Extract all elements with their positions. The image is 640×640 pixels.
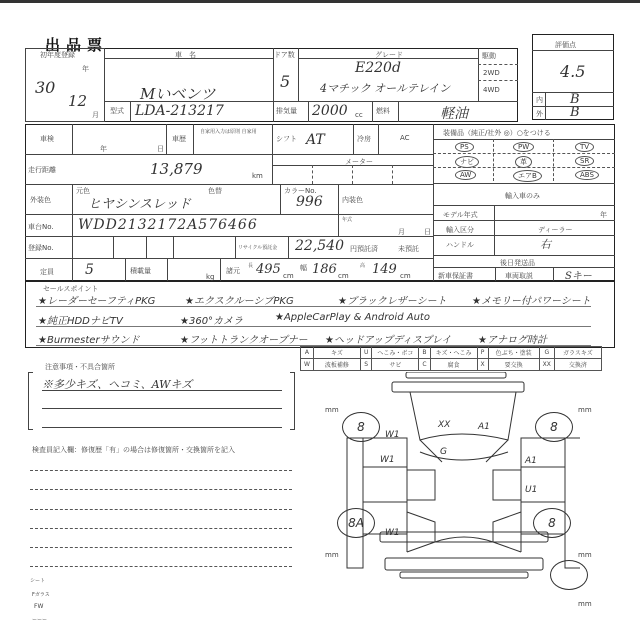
doors-label: ドア数 — [274, 50, 295, 60]
ac-value: AC — [400, 134, 410, 142]
fuel-label: 燃料 — [376, 106, 390, 116]
sales-point: ★レーダーセーフティPKG — [38, 292, 155, 307]
inspector-label: 検査員記入欄：修復歴「有」の場合は修復箇所・交換箇所を記入 — [32, 445, 235, 455]
mark-rear-door-right: U1 — [525, 485, 537, 495]
width-value: 186 — [312, 262, 337, 277]
registration-year: 30 — [35, 78, 55, 97]
mileage-label: 走行距離 — [28, 165, 56, 175]
sales-point: ★エクスクルーシブPKG — [185, 292, 294, 307]
equipment-tv[interactable]: TV — [575, 142, 594, 152]
model-year-import-label: モデル年式 — [443, 210, 478, 220]
tire-spare — [550, 560, 588, 590]
displacement-label: 排気量 — [276, 106, 297, 116]
drive-label: 駆動 — [482, 51, 496, 61]
changed-color-label: 色替 — [208, 186, 222, 196]
model-year-import-unit: 年 — [600, 210, 607, 220]
registration-month: 12 — [68, 92, 87, 110]
sales-point: ★フットトランクオープナー — [180, 331, 308, 346]
mark-front-door-left: W1 — [380, 455, 395, 465]
bottom-label-glass: Fガラス — [32, 591, 50, 598]
registration-no-label: 登録No. — [28, 243, 54, 253]
sales-point: ★AppleCarPlay & Android Auto — [275, 312, 430, 323]
model-type-value: LDA-213217 — [135, 103, 224, 119]
length-label: 長 — [248, 262, 253, 269]
mm-rear-right: mm — [578, 551, 592, 559]
load-unit: kg — [206, 273, 215, 281]
model-type-label: 型式 — [110, 106, 124, 116]
mileage-unit: km — [252, 172, 263, 180]
recycle-label: リサイクル預託金 — [238, 244, 277, 251]
handle-value: 右 — [540, 236, 551, 252]
height-unit: cm — [400, 272, 411, 280]
warranty-label: 新車保証書 — [438, 271, 473, 281]
height-label: 高 — [360, 262, 365, 269]
exterior-color-value: ヒヤシンスレッド — [88, 193, 191, 212]
sales-point: ★アナログ時計 — [478, 331, 547, 346]
tire-rear-right: 8 — [533, 508, 571, 538]
equipment-airbag[interactable]: エアB — [513, 170, 542, 182]
equipment-navi[interactable]: ナビ — [455, 156, 479, 168]
chassis-no-label: 車台No. — [28, 222, 54, 232]
sales-point: ★ヘッドアップディスプレイ — [325, 331, 451, 346]
tire-front-right: 8 — [535, 412, 573, 442]
owner-label: 車歴 — [172, 134, 186, 144]
load-label: 積載量 — [130, 266, 151, 276]
mm-front-right: mm — [578, 406, 592, 414]
mm-front-left: mm — [325, 406, 339, 414]
sales-point: ★ブラックレザーシート — [338, 292, 447, 307]
damage-legend: Aキズ Uへこみ・ボコ Bキズ・へこみ P色ぶち・塗装 Gガラスキズ W波板補修… — [300, 346, 602, 371]
equipment-ps[interactable]: PS — [455, 142, 474, 152]
drive-4wd[interactable]: 4WD — [483, 86, 500, 94]
sales-point: ★純正HDDナビTV — [38, 312, 123, 327]
recycle-paid-label: 円預託済 — [350, 244, 378, 254]
first-registration-label: 初年度登録 — [40, 50, 75, 60]
score-exterior: B — [570, 105, 580, 120]
score-exterior-label: 外 — [536, 109, 543, 119]
equipment-abs[interactable]: ABS — [575, 170, 599, 180]
interior-color-label: 内装色 — [342, 195, 363, 205]
doors-value: 5 — [280, 72, 290, 91]
import-type-label: 輸入区分 — [446, 225, 474, 235]
score-interior-label: 内 — [536, 95, 543, 105]
mark-hood-right: A1 — [478, 422, 490, 432]
mm-spare: mm — [578, 600, 592, 608]
mark-front-door-right: A1 — [525, 456, 537, 466]
inspection-label: 車検 — [40, 134, 54, 144]
length-unit: cm — [283, 272, 294, 280]
mark-front-fender-left: W1 — [385, 430, 400, 440]
mm-rear-left: mm — [325, 551, 339, 559]
import-type-value: ディーラー — [538, 225, 572, 235]
bottom-label-misc: ーーー — [32, 616, 47, 623]
ac-label: 冷房 — [357, 134, 371, 144]
scan-edge — [0, 0, 640, 3]
capacity-value: 5 — [85, 262, 94, 278]
notes-bracket-right — [290, 372, 295, 430]
shift-label: シフト — [276, 134, 297, 144]
width-unit: cm — [338, 272, 349, 280]
color-no-value: 996 — [296, 194, 323, 210]
drive-2wd[interactable]: 2WD — [483, 69, 500, 77]
exterior-color-label: 外装色 — [30, 195, 51, 205]
year-label: 年 — [82, 64, 89, 74]
manual-label: 車両取説 — [505, 271, 533, 281]
displacement-unit: cc — [355, 111, 363, 119]
sales-point: ★360°カメラ — [180, 312, 243, 327]
car-diagram — [340, 372, 580, 584]
equipment-title: 装備品（純正/社外 ◎）○をつける — [443, 128, 551, 138]
capacity-label: 定員 — [40, 267, 54, 277]
mark-hood: XX — [438, 420, 450, 430]
mileage-value: 13,879 — [150, 160, 203, 178]
shift-value: AT — [306, 132, 325, 148]
bottom-label-fw: FW — [34, 603, 43, 610]
grade-line2: 4マチック オールテレイン — [320, 80, 450, 96]
sales-point: ★Burmesterサウンド — [38, 331, 140, 346]
dimensions-label: 諸元 — [226, 266, 240, 276]
month-label: 月 — [92, 110, 99, 120]
fuel-value: 軽油 — [440, 103, 468, 123]
mark-rear-fender-left: W1 — [385, 528, 400, 538]
inspection-day-label: 日 — [157, 144, 164, 154]
width-label: 幅 — [300, 263, 307, 273]
recycle-unpaid-label: 未預託 — [398, 244, 419, 254]
length-value: 495 — [256, 262, 281, 277]
recycle-value: 22,540 — [295, 238, 344, 254]
score-value: 4.5 — [560, 62, 585, 81]
grade-line1: E220d — [355, 60, 401, 76]
import-only-label: 輸入車のみ — [505, 191, 540, 201]
owner-note: 自家用入力は原則 自家用 — [200, 128, 257, 135]
mark-windshield: G — [440, 447, 447, 457]
notes-label: 注意事項・不具合箇所 — [45, 362, 115, 372]
height-value: 149 — [372, 262, 397, 277]
sales-point: ★メモリー付パワーシート — [472, 292, 591, 307]
notes-bracket-left — [28, 372, 33, 430]
tire-rear-left: 8A — [337, 508, 375, 538]
key-value: Sキー — [565, 267, 592, 282]
bottom-label-seat: シート — [30, 577, 45, 584]
model-year-label: 年式 — [342, 216, 352, 223]
inspection-year-label: 年 — [100, 144, 107, 154]
handle-label: ハンドル — [446, 240, 474, 250]
equipment-leather[interactable]: 革 — [515, 156, 532, 168]
score-label: 評価点 — [555, 40, 576, 50]
equipment-pw[interactable]: PW — [513, 142, 534, 152]
chassis-no-value: WDD2132172A576466 — [78, 217, 258, 233]
displacement-value: 2000 — [312, 103, 348, 119]
tire-front-left: 8 — [342, 412, 380, 442]
